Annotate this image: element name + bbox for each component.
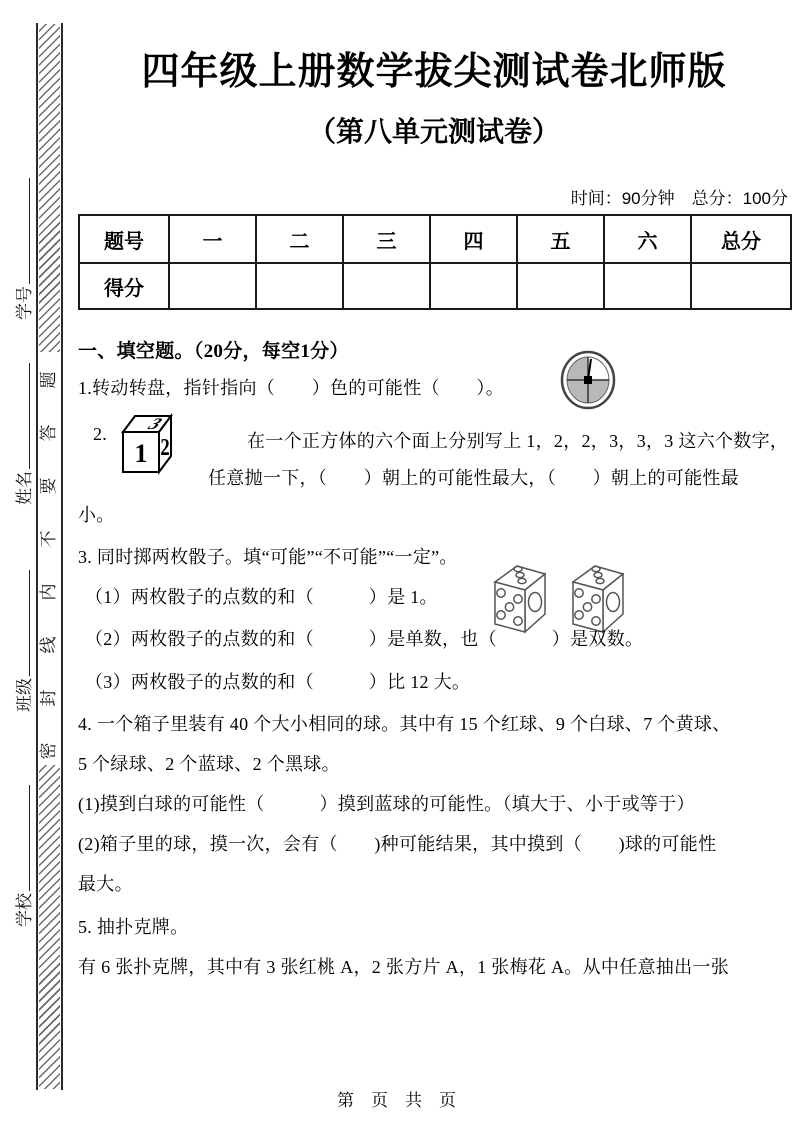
svg-text:2: 2 bbox=[160, 434, 169, 461]
student-name-blank-line bbox=[15, 363, 30, 469]
question-2-line3: 小。 bbox=[78, 501, 115, 527]
die-right bbox=[573, 566, 623, 632]
question-2-number: 2. bbox=[93, 424, 107, 445]
seal-char: 题 bbox=[38, 368, 60, 392]
question-3-heading: 3. 同时掷两枚骰子。填“可能”“不可能”“一定”。 bbox=[78, 543, 458, 569]
seal-char: 答 bbox=[38, 421, 60, 445]
student-class-blank-line bbox=[15, 570, 30, 676]
student-id-label: 学号 bbox=[14, 286, 36, 320]
score-blank-cell bbox=[343, 263, 430, 309]
question-4-item2-line1: (2)箱子里的球，摸一次，会有（ )种可能结果，其中摸到（ )球的可能性 bbox=[78, 830, 716, 856]
question-4-item2-line2: 最大。 bbox=[78, 870, 133, 896]
score-table-cell: 五 bbox=[517, 215, 604, 263]
score-table: 题号 一 二 三 四 五 六 总分 得分 bbox=[78, 214, 792, 310]
question-5-text: 有 6 张扑克牌，其中有 3 张红桃 A，2 张方片 A，1 张梅花 A。从中任… bbox=[78, 953, 729, 979]
question-4-item1: (1)摸到白球的可能性（ ）摸到蓝球的可能性。（填大于、小于或等于） bbox=[78, 790, 695, 816]
seal-char: 封 bbox=[38, 686, 60, 710]
student-id-field: 学号 bbox=[14, 150, 36, 320]
question-4-line2: 5 个绿球、2 个蓝球、2 个黑球。 bbox=[78, 750, 340, 776]
score-table-header-row: 题号 一 二 三 四 五 六 总分 bbox=[79, 215, 791, 263]
score-table-cell: 三 bbox=[343, 215, 430, 263]
score-table-cell: 四 bbox=[430, 215, 517, 263]
student-school-label: 学校 bbox=[14, 893, 36, 927]
score-blank-cell bbox=[430, 263, 517, 309]
seal-char: 线 bbox=[38, 633, 60, 657]
page-subtitle: （第八单元测试卷） bbox=[75, 110, 793, 150]
seal-hatch-bottom bbox=[39, 765, 60, 1089]
score-table-cell: 二 bbox=[256, 215, 343, 263]
student-name-label: 姓名 bbox=[14, 471, 36, 505]
svg-text:1: 1 bbox=[135, 439, 148, 468]
seal-char: 内 bbox=[38, 580, 60, 604]
score-table-cell: 总分 bbox=[691, 215, 791, 263]
score-table-cell: 一 bbox=[169, 215, 256, 263]
number-cube-icon: 3 1 2 bbox=[113, 410, 175, 482]
student-class-field: 班级 bbox=[14, 548, 36, 712]
score-blank-cell bbox=[256, 263, 343, 309]
question-2-line2: 任意抛一下，（ ）朝上的可能性最大，（ ）朝上的可能性最 bbox=[208, 464, 739, 490]
score-table-cell: 六 bbox=[604, 215, 691, 263]
score-table-score-row: 得分 bbox=[79, 263, 791, 309]
seal-border-line-left bbox=[36, 23, 38, 1090]
test-paper-page: 题 答 要 不 内 线 封 密 学号 姓名 班级 学校 四年级上册数学拔尖测试卷… bbox=[0, 0, 793, 1122]
page-footer: 第 页 共 页 bbox=[0, 1086, 793, 1111]
score-blank-cell bbox=[604, 263, 691, 309]
student-name-field: 姓名 bbox=[14, 337, 36, 505]
score-blank-cell bbox=[169, 263, 256, 309]
question-3-item2: （2）两枚骰子的点数的和（ ）是单数，也（ ）是双数。 bbox=[85, 625, 643, 651]
score-blank-cell bbox=[691, 263, 791, 309]
student-school-field: 学校 bbox=[14, 763, 36, 927]
seal-char: 密 bbox=[38, 739, 60, 763]
spinner-wheel-icon bbox=[560, 350, 616, 410]
score-label-cell: 得分 bbox=[79, 263, 169, 309]
question-5-heading: 5. 抽扑克牌。 bbox=[78, 913, 188, 939]
time-score-info: 时间：90分钟 总分：100分 bbox=[571, 184, 788, 209]
seal-char: 要 bbox=[38, 474, 60, 498]
seal-char: 不 bbox=[38, 527, 60, 551]
seal-hatch-top bbox=[39, 24, 60, 352]
page-title: 四年级上册数学拔尖测试卷北师版 bbox=[75, 40, 793, 95]
student-school-blank-line bbox=[15, 785, 30, 891]
student-class-label: 班级 bbox=[14, 678, 36, 712]
question-3-item3: （3）两枚骰子的点数的和（ ）比 12 大。 bbox=[85, 668, 470, 694]
score-table-cell: 题号 bbox=[79, 215, 169, 263]
question-4-line1: 4. 一个箱子里装有 40 个大小相同的球。其中有 15 个红球、9 个白球、7… bbox=[78, 710, 731, 736]
student-id-blank-line bbox=[15, 178, 30, 284]
section-1-heading: 一、填空题。（20分，每空1分） bbox=[78, 336, 349, 363]
question-2-line1: 在一个正方体的六个面上分别写上 1，2，2，3，3，3 这六个数字， bbox=[247, 427, 788, 453]
die-left bbox=[495, 566, 545, 632]
question-1-text: 1.转动转盘，指针指向（ ）色的可能性（ ）。 bbox=[78, 374, 504, 400]
score-blank-cell bbox=[517, 263, 604, 309]
seal-border-line-right bbox=[61, 23, 63, 1090]
question-3-item1: （1）两枚骰子的点数的和（ ）是 1。 bbox=[85, 583, 438, 609]
